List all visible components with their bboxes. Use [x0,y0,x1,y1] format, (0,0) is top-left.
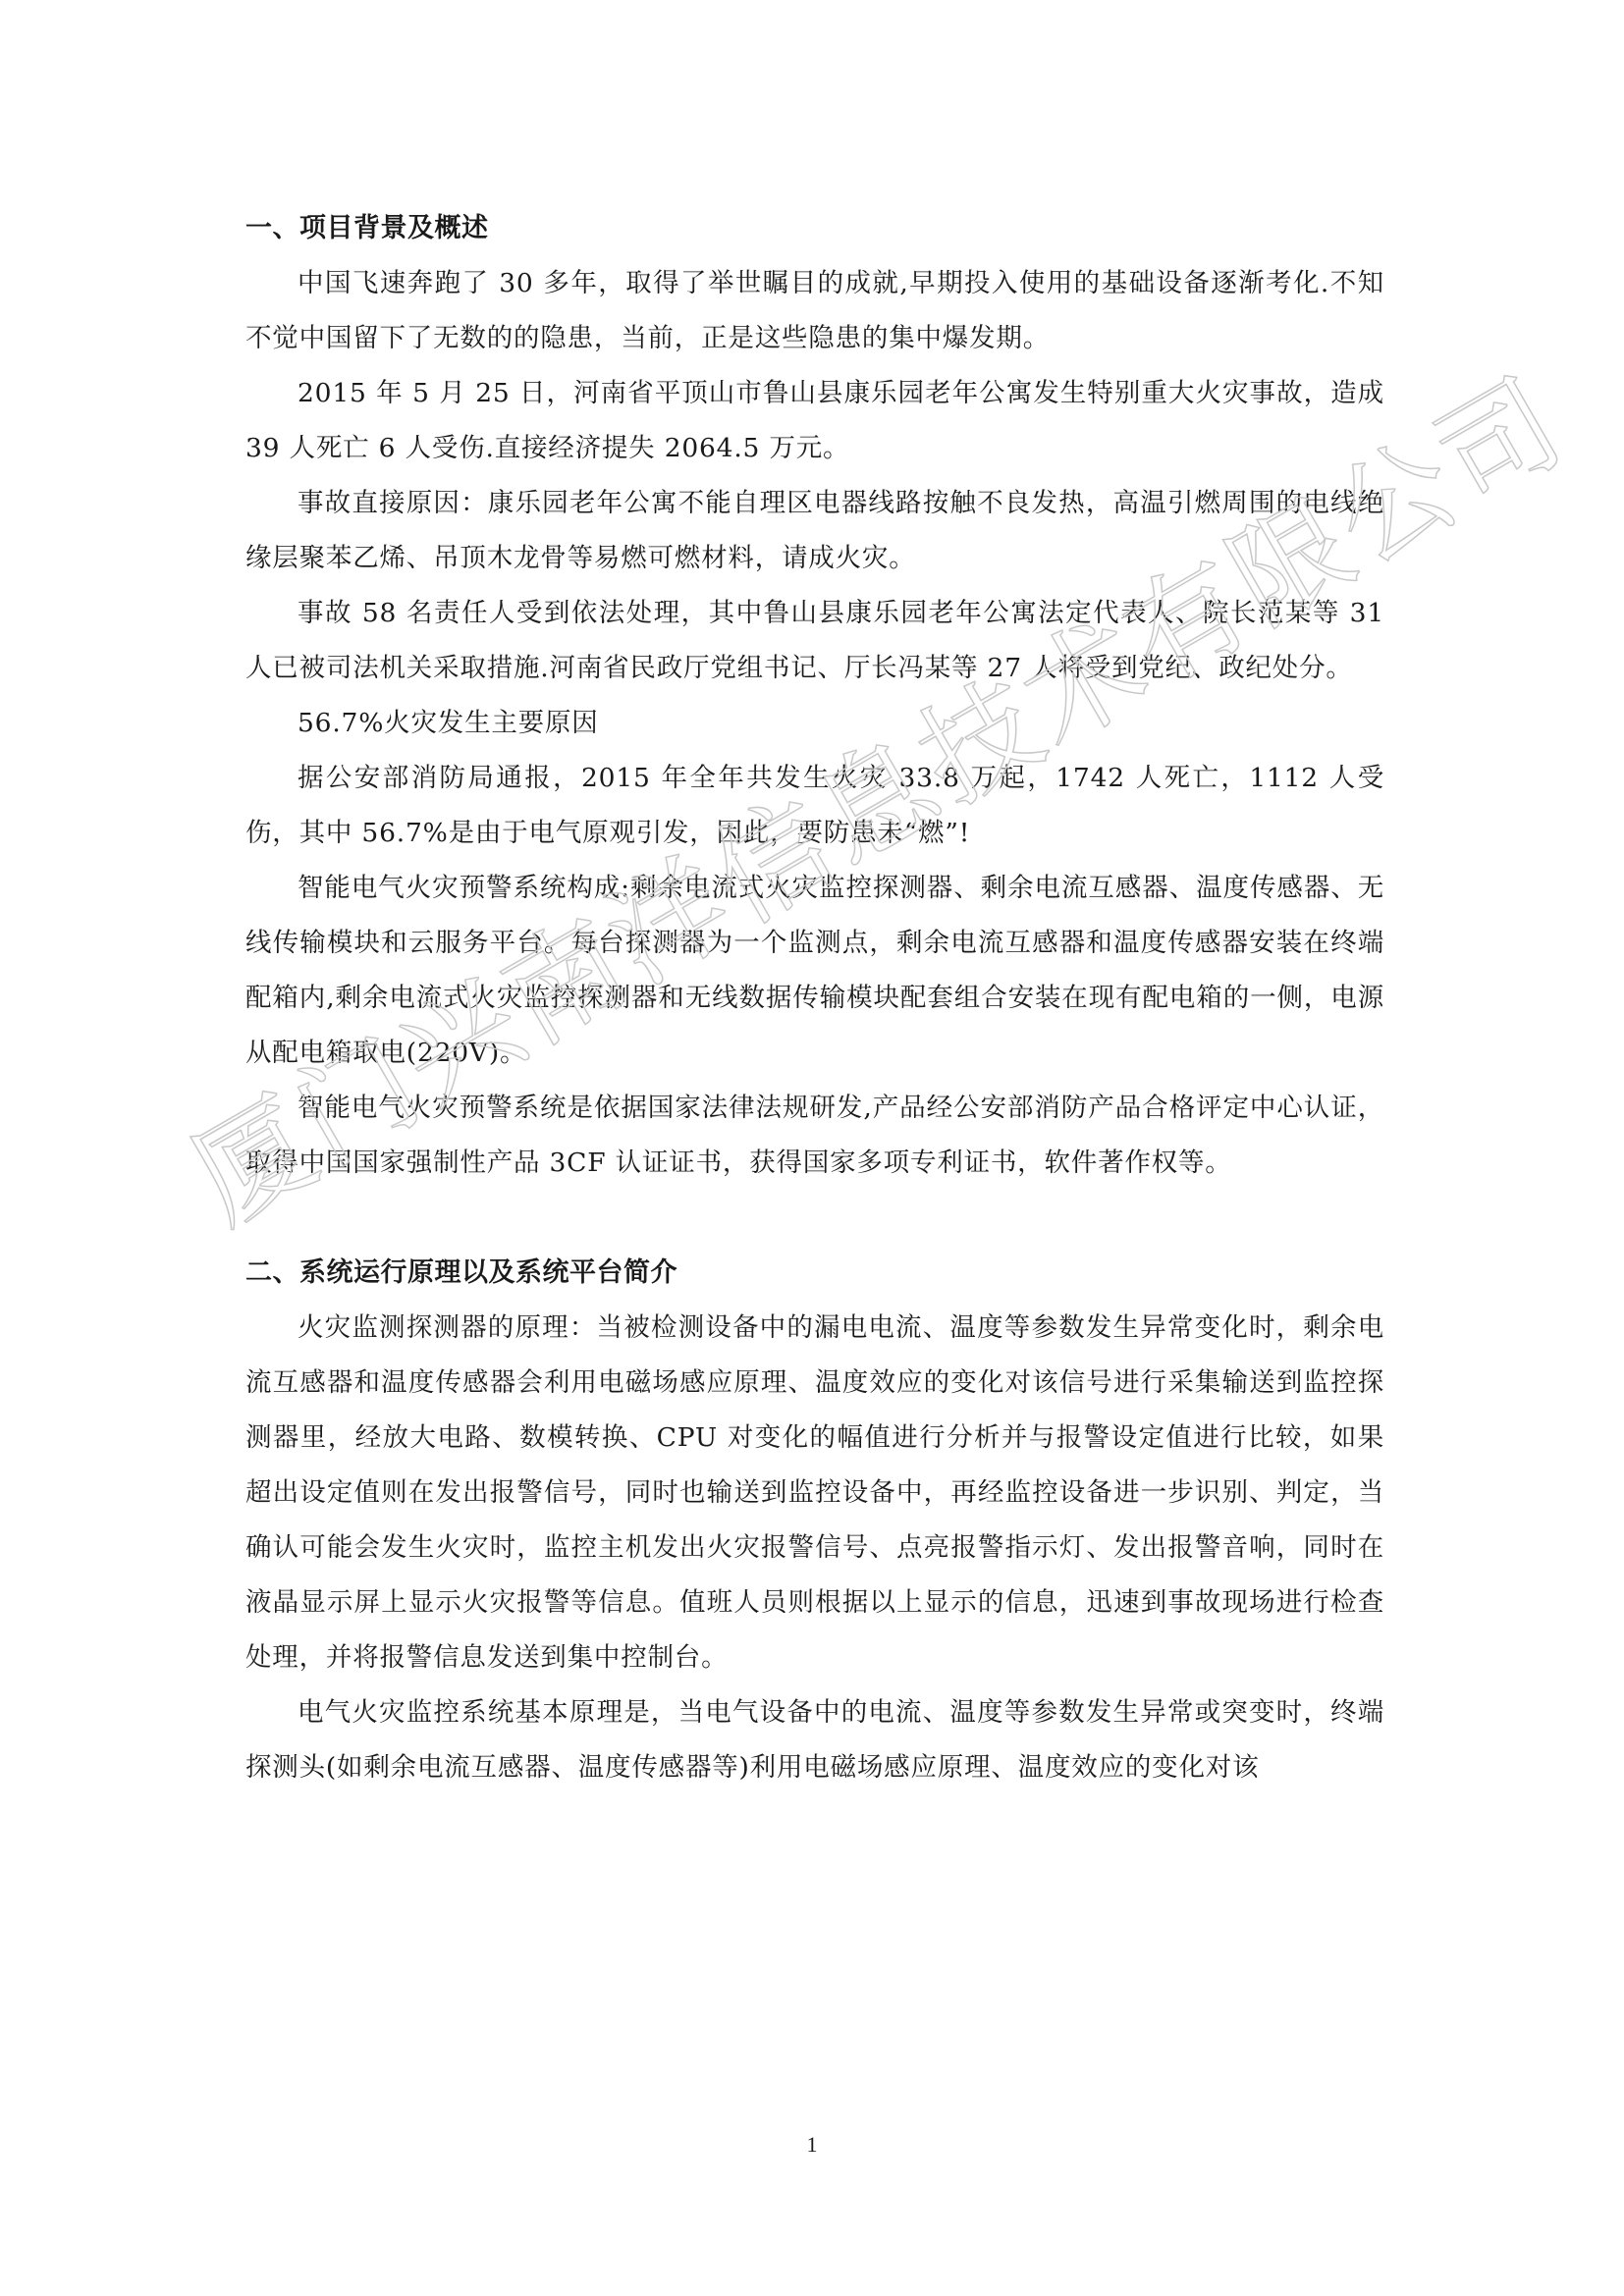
paragraph: 中国飞速奔跑了 30 多年，取得了举世瞩目的成就,早期投入使用的基础设备逐渐考化… [245,256,1384,366]
paragraph: 事故 58 名责任人受到依法处理，其中鲁山县康乐园老年公寓法定代表人、院长范某等… [245,586,1384,696]
paragraph: 智能电气火灾预警系统是依据国家法律法规研发,产品经公安部消防产品合格评定中心认证… [245,1081,1384,1191]
document-page: 一、项目背景及概述 中国飞速奔跑了 30 多年，取得了举世瞩目的成就,早期投入使… [0,0,1624,2296]
paragraph: 2015 年 5 月 25 日，河南省平顶山市鲁山县康乐园老年公寓发生特别重大火… [245,366,1384,476]
page-number: 1 [0,2132,1624,2158]
paragraph: 电气火灾监控系统基本原理是，当电气设备中的电流、温度等参数发生异常或突变时，终端… [245,1685,1384,1795]
document-body: 一、项目背景及概述 中国飞速奔跑了 30 多年，取得了举世瞩目的成就,早期投入使… [245,201,1384,1795]
section-heading-principle: 二、系统运行原理以及系统平台简介 [245,1246,1384,1301]
paragraph: 火灾监测探测器的原理：当被检测设备中的漏电电流、温度等参数发生异常变化时，剩余电… [245,1301,1384,1685]
paragraph: 事故直接原因：康乐园老年公寓不能自理区电器线路按触不良发热，高温引燃周围的电线绝… [245,476,1384,586]
section-heading-background: 一、项目背景及概述 [245,201,1384,256]
paragraph: 据公安部消防局通报，2015 年全年共发生火灾 33.8 万起，1742 人死亡… [245,751,1384,861]
section-spacer [245,1191,1384,1246]
paragraph-subtitle: 56.7%火灾发生主要原因 [245,696,1384,751]
paragraph: 智能电气火灾预警系统构成:剩余电流式火灾监控探测器、剩余电流互感器、温度传感器、… [245,861,1384,1081]
